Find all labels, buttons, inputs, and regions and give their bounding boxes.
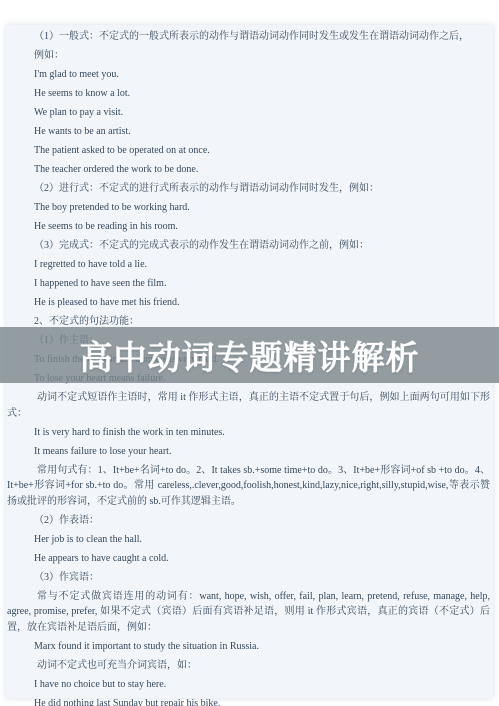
doc-paragraph: 动词不定式短语作主语时，常用 it 作形式主语，真正的主语不定式置于句后，例如上… — [6, 390, 493, 421]
watermark-title: 高中动词专题精讲解析 — [80, 332, 420, 379]
doc-paragraph: The patient asked to be operated on at o… — [6, 143, 493, 159]
doc-paragraph: 动词不定式也可充当介词宾语，如： — [6, 658, 493, 674]
doc-paragraph: （3）作宾语： — [6, 570, 493, 586]
doc-paragraph: （2）进行式：不定式的进行式所表示的动作与谓语动词动作同时发生，例如： — [6, 181, 493, 197]
doc-paragraph: （3）完成式：不定式的完成式表示的动作发生在谓语动词动作之前，例如： — [6, 238, 493, 254]
doc-paragraph: The teacher ordered the work to be done. — [6, 162, 493, 178]
doc-paragraph: Her job is to clean the hall. — [6, 532, 493, 548]
doc-paragraph: It means failure to lose your heart. — [6, 444, 493, 460]
doc-paragraph: We plan to pay a visit. — [6, 105, 493, 121]
watermark-banner: 高中动词专题精讲解析 — [0, 327, 499, 383]
doc-paragraph: 例如： — [6, 48, 493, 64]
doc-paragraph: He wants to be an artist. — [6, 124, 493, 140]
doc-paragraph: （2）作表语： — [6, 513, 493, 529]
doc-paragraph: He seems to be reading in his room. — [6, 219, 493, 235]
doc-paragraph: He did nothing last Sunday but repair hi… — [6, 696, 493, 706]
doc-paragraph: The boy pretended to be working hard. — [6, 200, 493, 216]
doc-paragraph: I happened to have seen the film. — [6, 276, 493, 292]
doc-paragraph: He seems to know a lot. — [6, 86, 493, 102]
doc-paragraph: I'm glad to meet you. — [6, 67, 493, 83]
doc-paragraph: I have no choice but to stay here. — [6, 677, 493, 693]
doc-paragraph: He appears to have caught a cold. — [6, 551, 493, 567]
doc-paragraph: 常用句式有：1、It+be+名词+to do。2、It takes sb.+so… — [6, 463, 493, 510]
doc-paragraph: I regretted to have told a lie. — [6, 257, 493, 273]
doc-paragraph: 常与不定式做宾语连用的动词有：want, hope, wish, offer, … — [6, 589, 493, 636]
doc-paragraph: He is pleased to have met his friend. — [6, 295, 493, 311]
page: （1）一般式：不定式的一般式所表示的动作与谓语动词动作同时发生或发生在谓语动词动… — [0, 0, 499, 706]
doc-paragraph: Marx found it important to study the sit… — [6, 639, 493, 655]
doc-paragraph: It is very hard to finish the work in te… — [6, 425, 493, 441]
doc-paragraph: （1）一般式：不定式的一般式所表示的动作与谓语动词动作同时发生或发生在谓语动词动… — [6, 29, 493, 45]
